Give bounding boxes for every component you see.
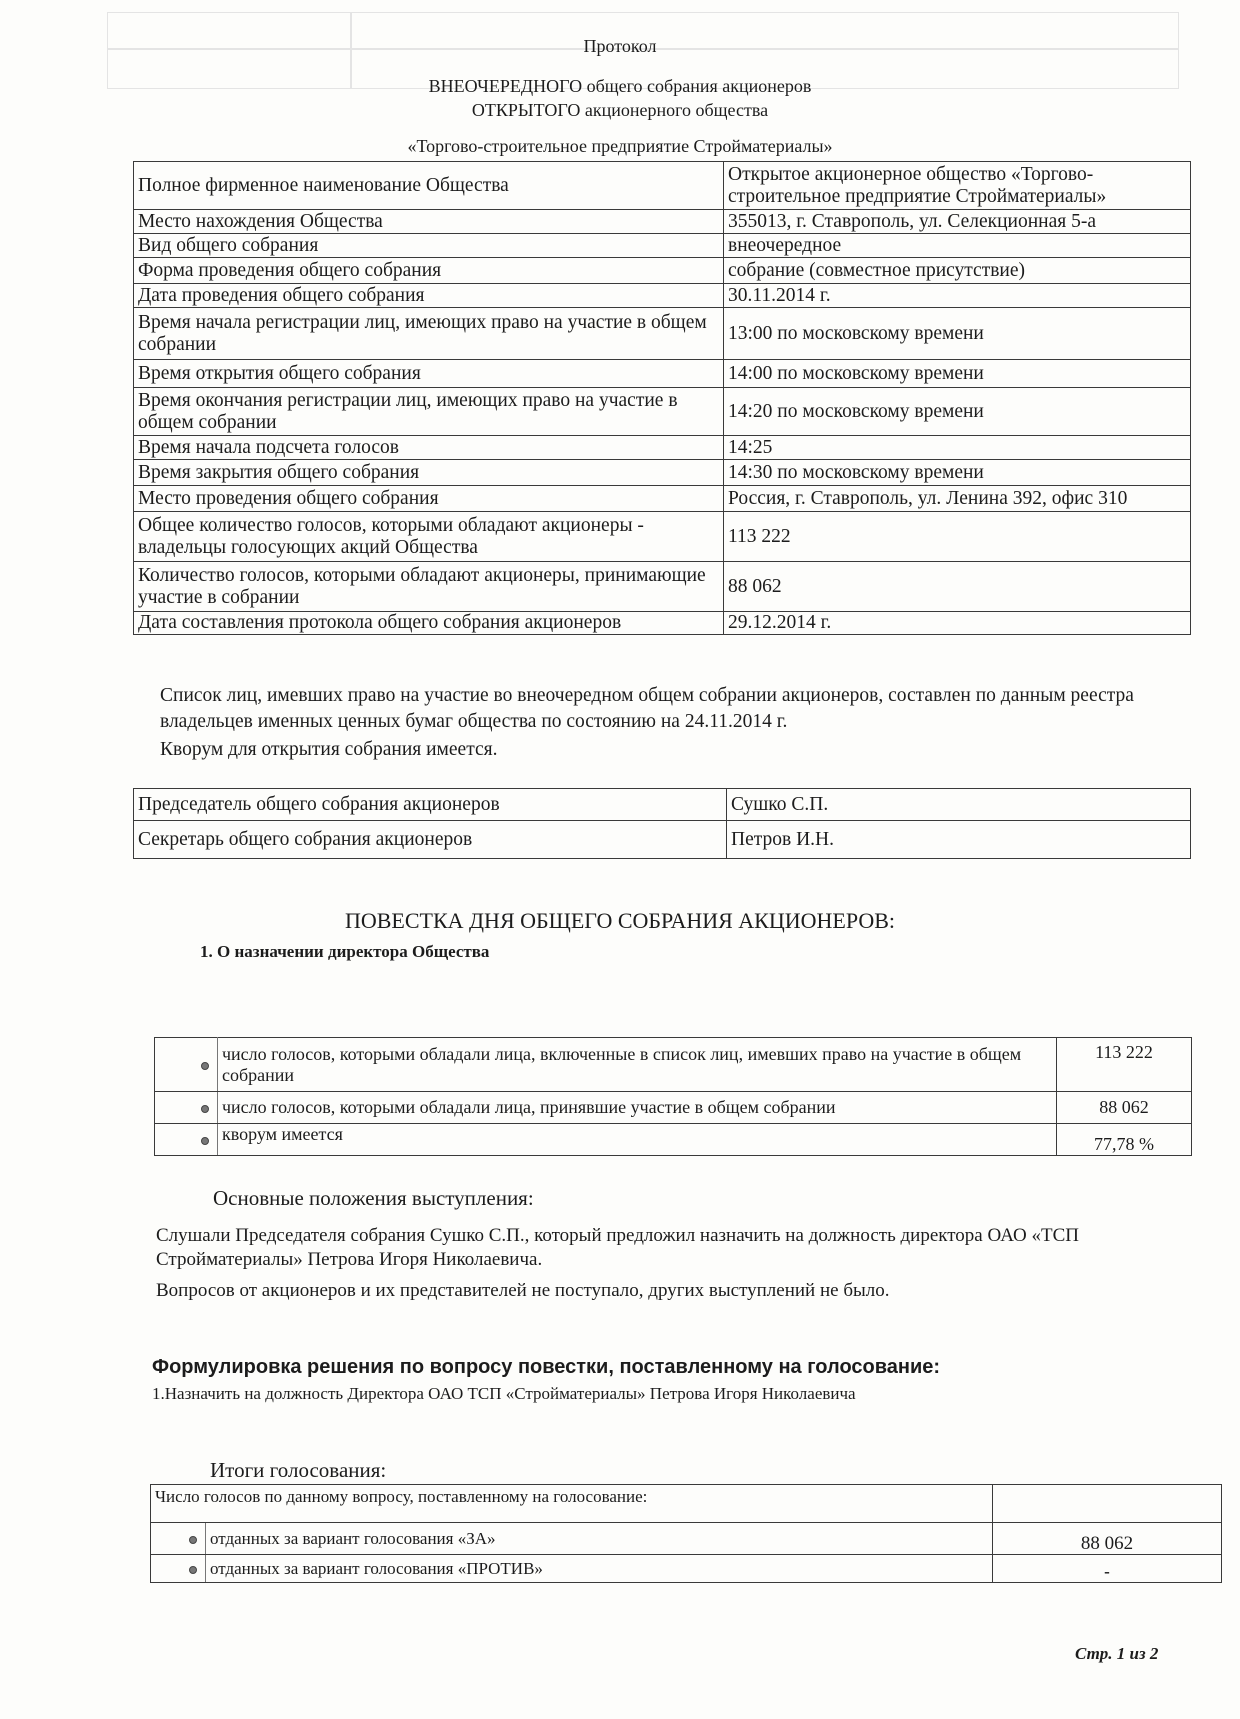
bullet-cell xyxy=(151,1523,206,1555)
info-key: Место проведения общего собрания xyxy=(134,486,724,512)
speech-heading: Основные положения выступления: xyxy=(213,1186,534,1211)
table-row: Время начала подсчета голосов14:25 xyxy=(134,436,1191,460)
vote-value: - xyxy=(993,1555,1222,1583)
bullet-cell xyxy=(155,1038,218,1092)
quorum-label: число голосов, которыми обладали лица, в… xyxy=(218,1038,1057,1092)
meeting-info-table: Полное фирменное наименование ОбществаОт… xyxy=(133,161,1191,635)
voting-table: Число голосов по данному вопросу, постав… xyxy=(150,1484,1222,1583)
table-row: Форма проведения общего собраниясобрание… xyxy=(134,258,1191,284)
info-value: 88 062 xyxy=(724,562,1191,612)
decision-heading: Формулировка решения по вопросу повестки… xyxy=(152,1356,940,1379)
info-value: внеочередное xyxy=(724,234,1191,258)
info-key: Время окончания регистрации лиц, имеющих… xyxy=(134,388,724,436)
speech-paragraph-2: Вопросов от акционеров и их представител… xyxy=(156,1278,890,1304)
table-row: Число голосов по данному вопросу, постав… xyxy=(151,1485,1222,1523)
info-value: 30.11.2014 г. xyxy=(724,284,1191,308)
table-row: Общее количество голосов, которыми облад… xyxy=(134,512,1191,562)
officer-role: Председатель общего собрания акционеров xyxy=(134,789,727,821)
info-key: Дата составления протокола общего собран… xyxy=(134,612,724,635)
officer-name: Сушко С.П. xyxy=(727,789,1191,821)
officer-name: Петров И.Н. xyxy=(727,821,1191,859)
info-key: Время начала регистрации лиц, имеющих пр… xyxy=(134,308,724,360)
header-line-2: ОТКРЫТОГО акционерного общества xyxy=(0,100,1240,121)
shareholder-list-note: Список лиц, имевших право на участие во … xyxy=(160,683,1190,735)
table-row: Вид общего собраниявнеочередное xyxy=(134,234,1191,258)
table-row: кворум имеется 77,78 % xyxy=(155,1124,1192,1156)
table-row: Время начала регистрации лиц, имеющих пр… xyxy=(134,308,1191,360)
table-row: число голосов, которыми обладали лица, в… xyxy=(155,1038,1192,1092)
decision-text: 1.Назначить на должность Директора ОАО Т… xyxy=(152,1384,856,1404)
quorum-label: число голосов, которыми обладали лица, п… xyxy=(218,1092,1057,1124)
info-value: 29.12.2014 г. xyxy=(724,612,1191,635)
info-value: 355013, г. Ставрополь, ул. Селекционная … xyxy=(724,210,1191,234)
info-key: Общее количество голосов, которыми облад… xyxy=(134,512,724,562)
bullet-icon xyxy=(201,1105,209,1113)
quorum-value: 77,78 % xyxy=(1057,1124,1192,1156)
speech-paragraph-1: Слушали Председателя собрания Сушко С.П.… xyxy=(156,1224,1206,1272)
table-row: Дата составления протокола общего собран… xyxy=(134,612,1191,635)
bullet-cell xyxy=(151,1555,206,1583)
info-key: Полное фирменное наименование Общества xyxy=(134,162,724,210)
bullet-icon xyxy=(201,1062,209,1070)
vote-value: 88 062 xyxy=(993,1523,1222,1555)
info-value: 14:00 по московскому времени xyxy=(724,360,1191,388)
table-row: Время окончания регистрации лиц, имеющих… xyxy=(134,388,1191,436)
info-value: 14:20 по московскому времени xyxy=(724,388,1191,436)
quorum-value: 88 062 xyxy=(1057,1092,1192,1124)
table-row: Председатель общего собрания акционеровС… xyxy=(134,789,1191,821)
info-key: Время начала подсчета голосов xyxy=(134,436,724,460)
info-key: Время закрытия общего собрания xyxy=(134,460,724,486)
quorum-note: Кворум для открытия собрания имеется. xyxy=(160,737,497,763)
page-number: Стр. 1 из 2 xyxy=(1075,1644,1158,1664)
agenda-heading: ПОВЕСТКА ДНЯ ОБЩЕГО СОБРАНИЯ АКЦИОНЕРОВ: xyxy=(0,908,1240,934)
agenda-item-1: 1. О назначении директора Общества xyxy=(200,942,489,962)
info-value: 14:25 xyxy=(724,436,1191,460)
info-value: Россия, г. Ставрополь, ул. Ленина 392, о… xyxy=(724,486,1191,512)
table-row: Время закрытия общего собрания14:30 по м… xyxy=(134,460,1191,486)
info-key: Время открытия общего собрания xyxy=(134,360,724,388)
bullet-cell xyxy=(155,1092,218,1124)
document-title: Протокол xyxy=(0,36,1240,57)
header-line-1: ВНЕОЧЕРЕДНОГО общего собрания акционеров xyxy=(0,76,1240,97)
header-line-3: «Торгово-строительное предприятие Стройм… xyxy=(0,136,1240,157)
bullet-icon xyxy=(201,1137,209,1145)
quorum-value: 113 222 xyxy=(1057,1038,1192,1092)
info-value: 14:30 по московскому времени xyxy=(724,460,1191,486)
quorum-label: кворум имеется xyxy=(218,1124,1057,1156)
table-row: Дата проведения общего собрания30.11.201… xyxy=(134,284,1191,308)
table-row: Время открытия общего собрания14:00 по м… xyxy=(134,360,1191,388)
table-row: Секретарь общего собрания акционеровПетр… xyxy=(134,821,1191,859)
vote-label: отданных за вариант голосования «ЗА» xyxy=(206,1523,993,1555)
bullet-cell xyxy=(155,1124,218,1156)
officers-table: Председатель общего собрания акционеровС… xyxy=(133,788,1191,859)
voting-header: Число голосов по данному вопросу, постав… xyxy=(151,1485,993,1523)
table-row: Полное фирменное наименование ОбществаОт… xyxy=(134,162,1191,210)
info-key: Вид общего собрания xyxy=(134,234,724,258)
info-key: Место нахождения Общества xyxy=(134,210,724,234)
table-row: Место нахождения Общества355013, г. Став… xyxy=(134,210,1191,234)
info-key: Дата проведения общего собрания xyxy=(134,284,724,308)
info-value: 13:00 по московскому времени xyxy=(724,308,1191,360)
table-row: Количество голосов, которыми обладают ак… xyxy=(134,562,1191,612)
bullet-icon xyxy=(189,1566,197,1574)
bullet-icon xyxy=(189,1536,197,1544)
voting-heading: Итоги голосования: xyxy=(210,1458,386,1483)
table-row: Место проведения общего собранияРоссия, … xyxy=(134,486,1191,512)
vote-label: отданных за вариант голосования «ПРОТИВ» xyxy=(206,1555,993,1583)
officer-role: Секретарь общего собрания акционеров xyxy=(134,821,727,859)
info-key: Форма проведения общего собрания xyxy=(134,258,724,284)
table-row: число голосов, которыми обладали лица, п… xyxy=(155,1092,1192,1124)
voting-header-value xyxy=(993,1485,1222,1523)
info-value: 113 222 xyxy=(724,512,1191,562)
quorum-table: число голосов, которыми обладали лица, в… xyxy=(154,1037,1192,1156)
table-row: отданных за вариант голосования «ЗА» 88 … xyxy=(151,1523,1222,1555)
table-row: отданных за вариант голосования «ПРОТИВ»… xyxy=(151,1555,1222,1583)
info-value: Открытое акционерное общество «Торгово-с… xyxy=(724,162,1191,210)
info-key: Количество голосов, которыми обладают ак… xyxy=(134,562,724,612)
info-value: собрание (совместное присутствие) xyxy=(724,258,1191,284)
